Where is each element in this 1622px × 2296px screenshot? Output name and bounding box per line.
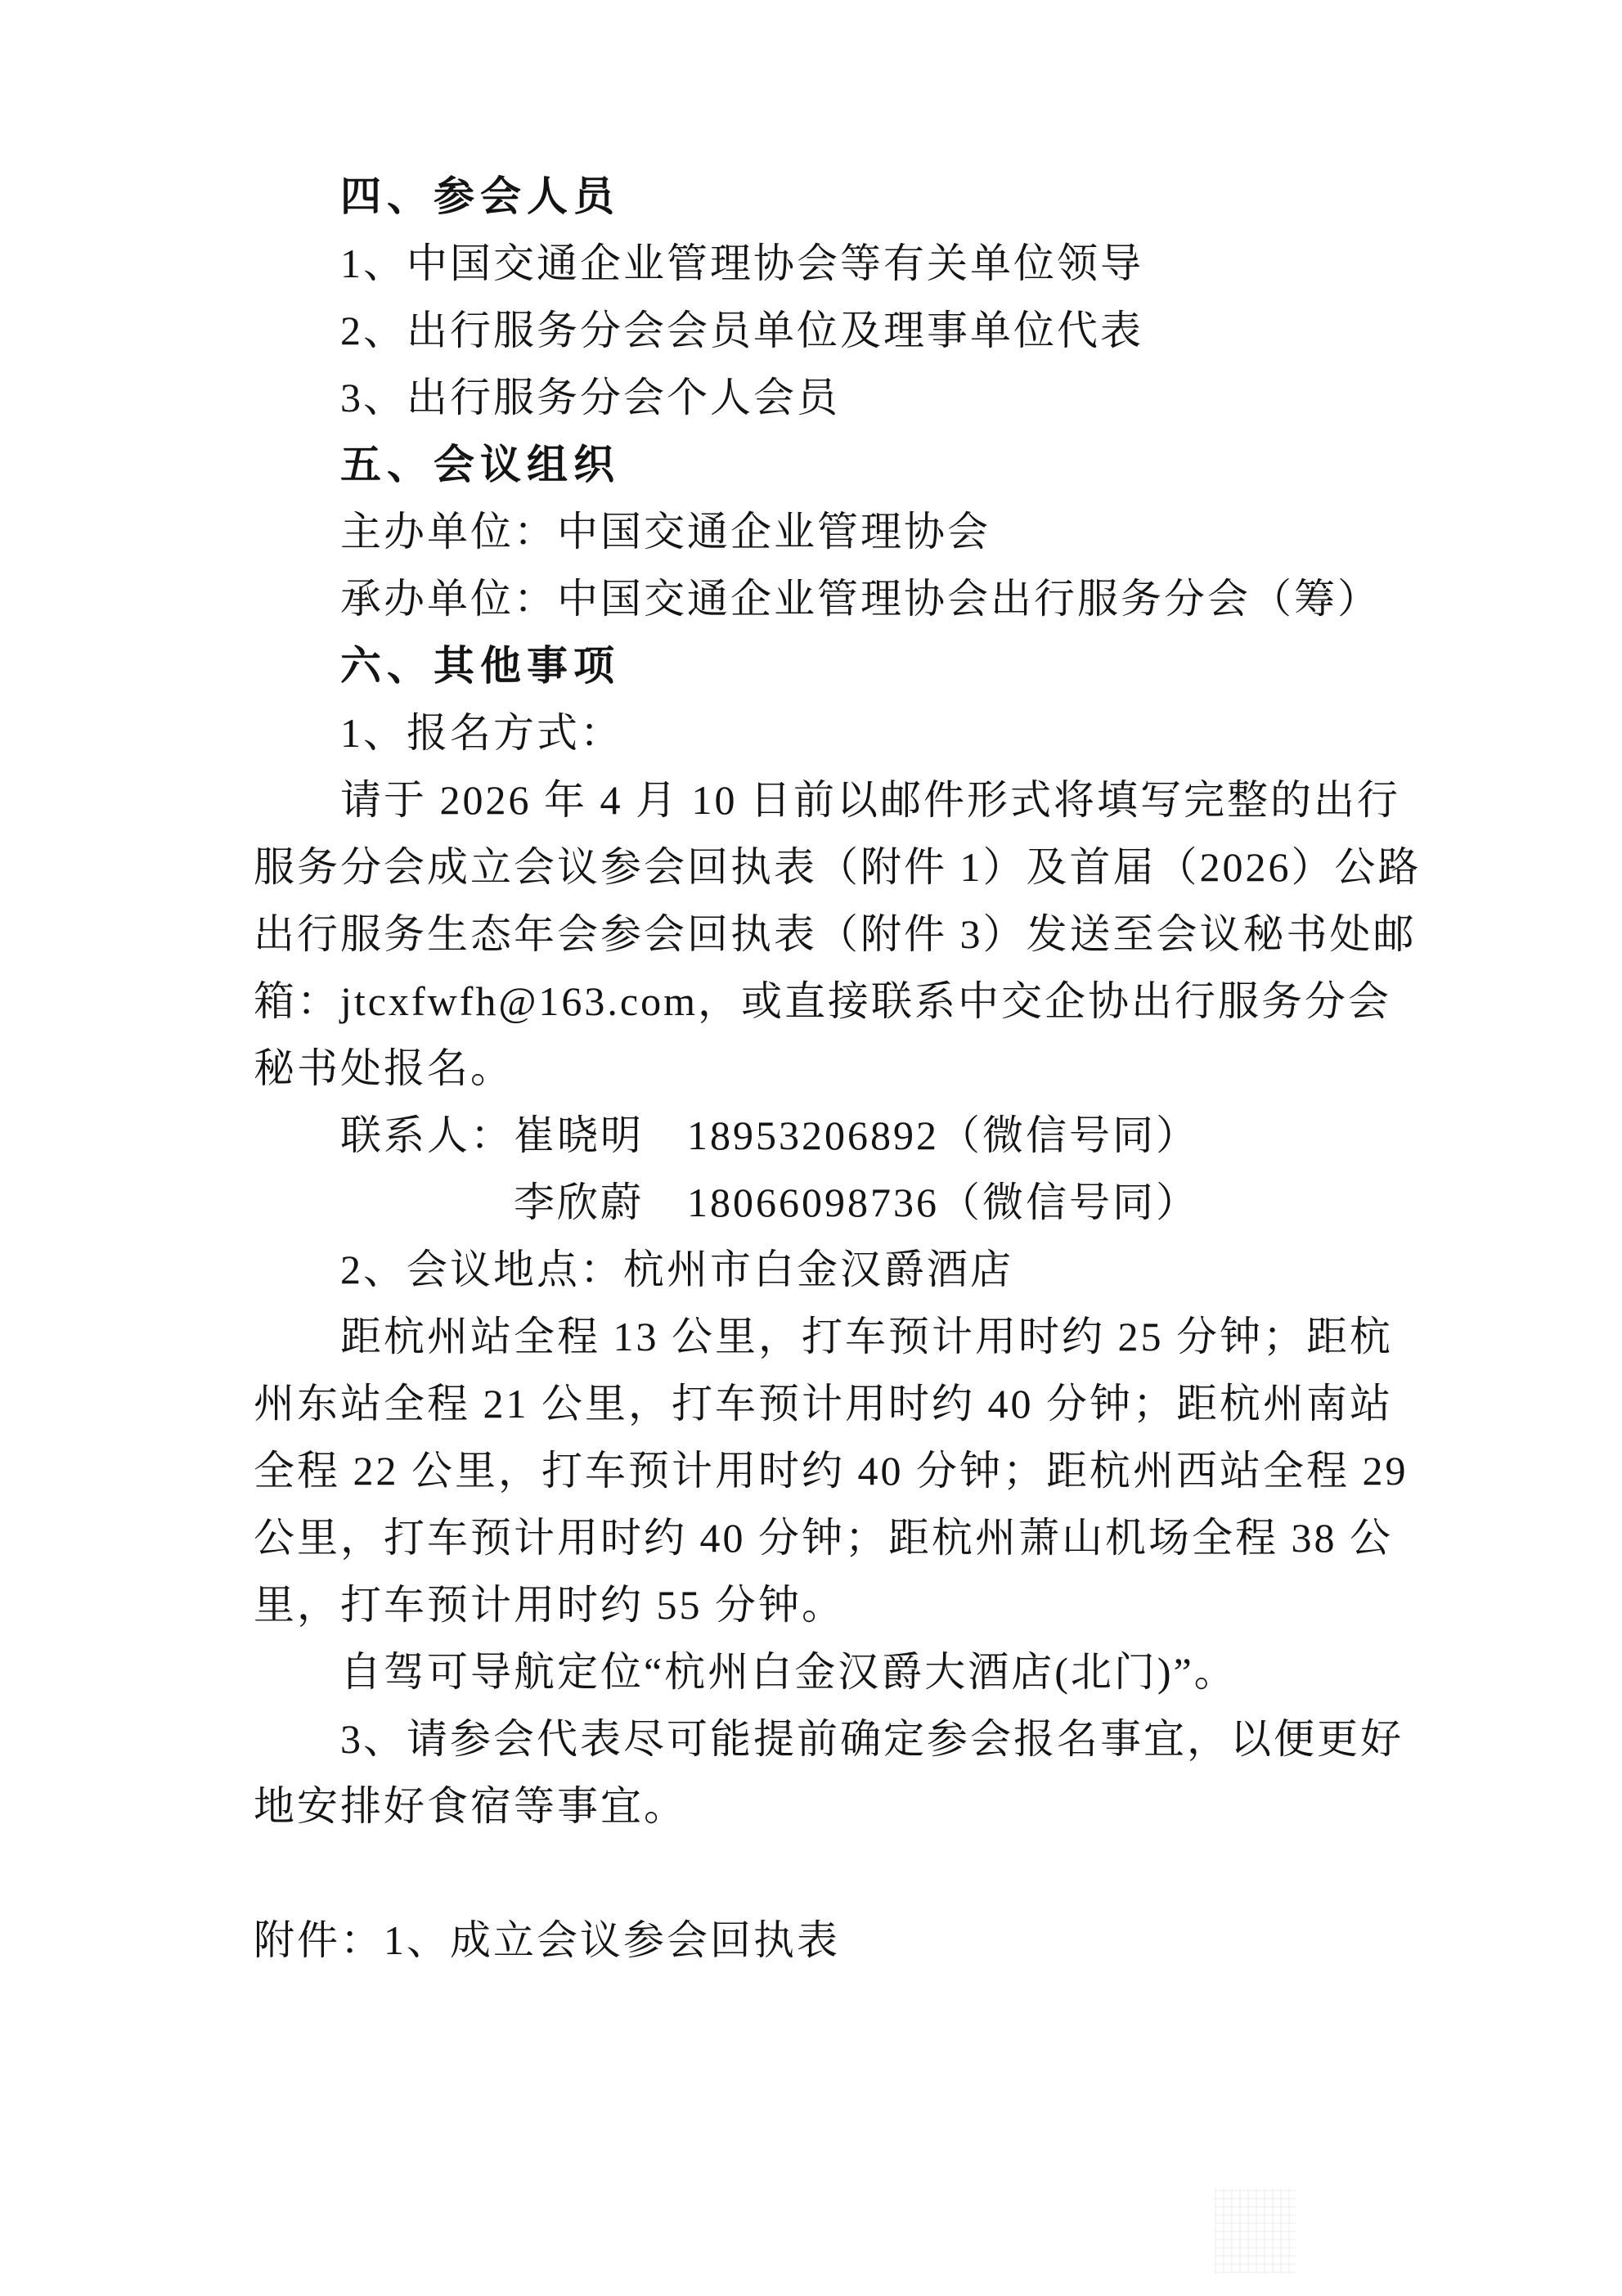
registration-paragraph-line-2: 服务分会成立会议参会回执表（附件 1）及首届（2026）公路 [254, 833, 1371, 901]
section-heading-other-matters: 六、其他事项 [254, 632, 1371, 699]
reminder-line-2: 地安排好食宿等事宜。 [254, 1773, 1371, 1840]
scanned-document-page: 四、参会人员 1、中国交通企业管理协会等有关单位领导 2、出行服务分会会员单位及… [0, 0, 1622, 2296]
document-body: 四、参会人员 1、中国交通企业管理协会等有关单位领导 2、出行服务分会会员单位及… [254, 163, 1371, 1974]
distance-paragraph-line-4: 公里，打车预计用时约 40 分钟；距杭州萧山机场全程 38 公 [254, 1504, 1371, 1571]
distance-paragraph-line-5: 里，打车预计用时约 55 分钟。 [254, 1571, 1371, 1638]
section-heading-organization: 五、会议组织 [254, 431, 1371, 498]
section-heading-participants: 四、参会人员 [254, 163, 1371, 230]
reminder-line-1: 3、请参会代表尽可能提前确定参会报名事宜，以便更好 [254, 1705, 1371, 1773]
registration-paragraph-line-5: 秘书处报名。 [254, 1035, 1371, 1102]
organizer-line: 主办单位：中国交通企业管理协会 [254, 498, 1371, 565]
scan-artifact-smudge [1215, 2188, 1296, 2273]
co-organizer-line: 承办单位：中国交通企业管理协会出行服务分会（筹） [254, 565, 1371, 632]
distance-paragraph-line-3: 全程 22 公里，打车预计用时约 40 分钟；距杭州西站全程 29 [254, 1437, 1371, 1504]
distance-paragraph-line-2: 州东站全程 21 公里，打车预计用时约 40 分钟；距杭州南站 [254, 1370, 1371, 1437]
contact-line-li-xinwei: 李欣蔚 18066098736（微信号同） [254, 1169, 1371, 1236]
registration-paragraph-line-3: 出行服务生态年会参会回执表（附件 3）发送至会议秘书处邮 [254, 901, 1371, 968]
registration-paragraph-line-4-email: 箱：jtcxfwfh@163.com，或直接联系中交企协出行服务分会 [254, 968, 1371, 1035]
attachment-note: 附件：1、成立会议参会回执表 [254, 1907, 1371, 1974]
navigation-line: 自驾可导航定位“杭州白金汉爵大酒店(北门)”。 [254, 1638, 1371, 1705]
distance-paragraph-line-1: 距杭州站全程 13 公里，打车预计用时约 25 分钟；距杭 [254, 1303, 1371, 1370]
participants-item-2: 2、出行服务分会会员单位及理事单位代表 [254, 297, 1371, 364]
venue-line: 2、会议地点：杭州市白金汉爵酒店 [254, 1236, 1371, 1303]
contact-line-cui-xiaoming: 联系人：崔晓明 18953206892（微信号同） [254, 1102, 1371, 1169]
participants-item-3: 3、出行服务分会个人会员 [254, 364, 1371, 431]
registration-paragraph-line-1: 请于 2026 年 4 月 10 日前以邮件形式将填写完整的出行 [254, 766, 1371, 833]
registration-method-label: 1、报名方式： [254, 699, 1371, 766]
participants-item-1: 1、中国交通企业管理协会等有关单位领导 [254, 230, 1371, 297]
